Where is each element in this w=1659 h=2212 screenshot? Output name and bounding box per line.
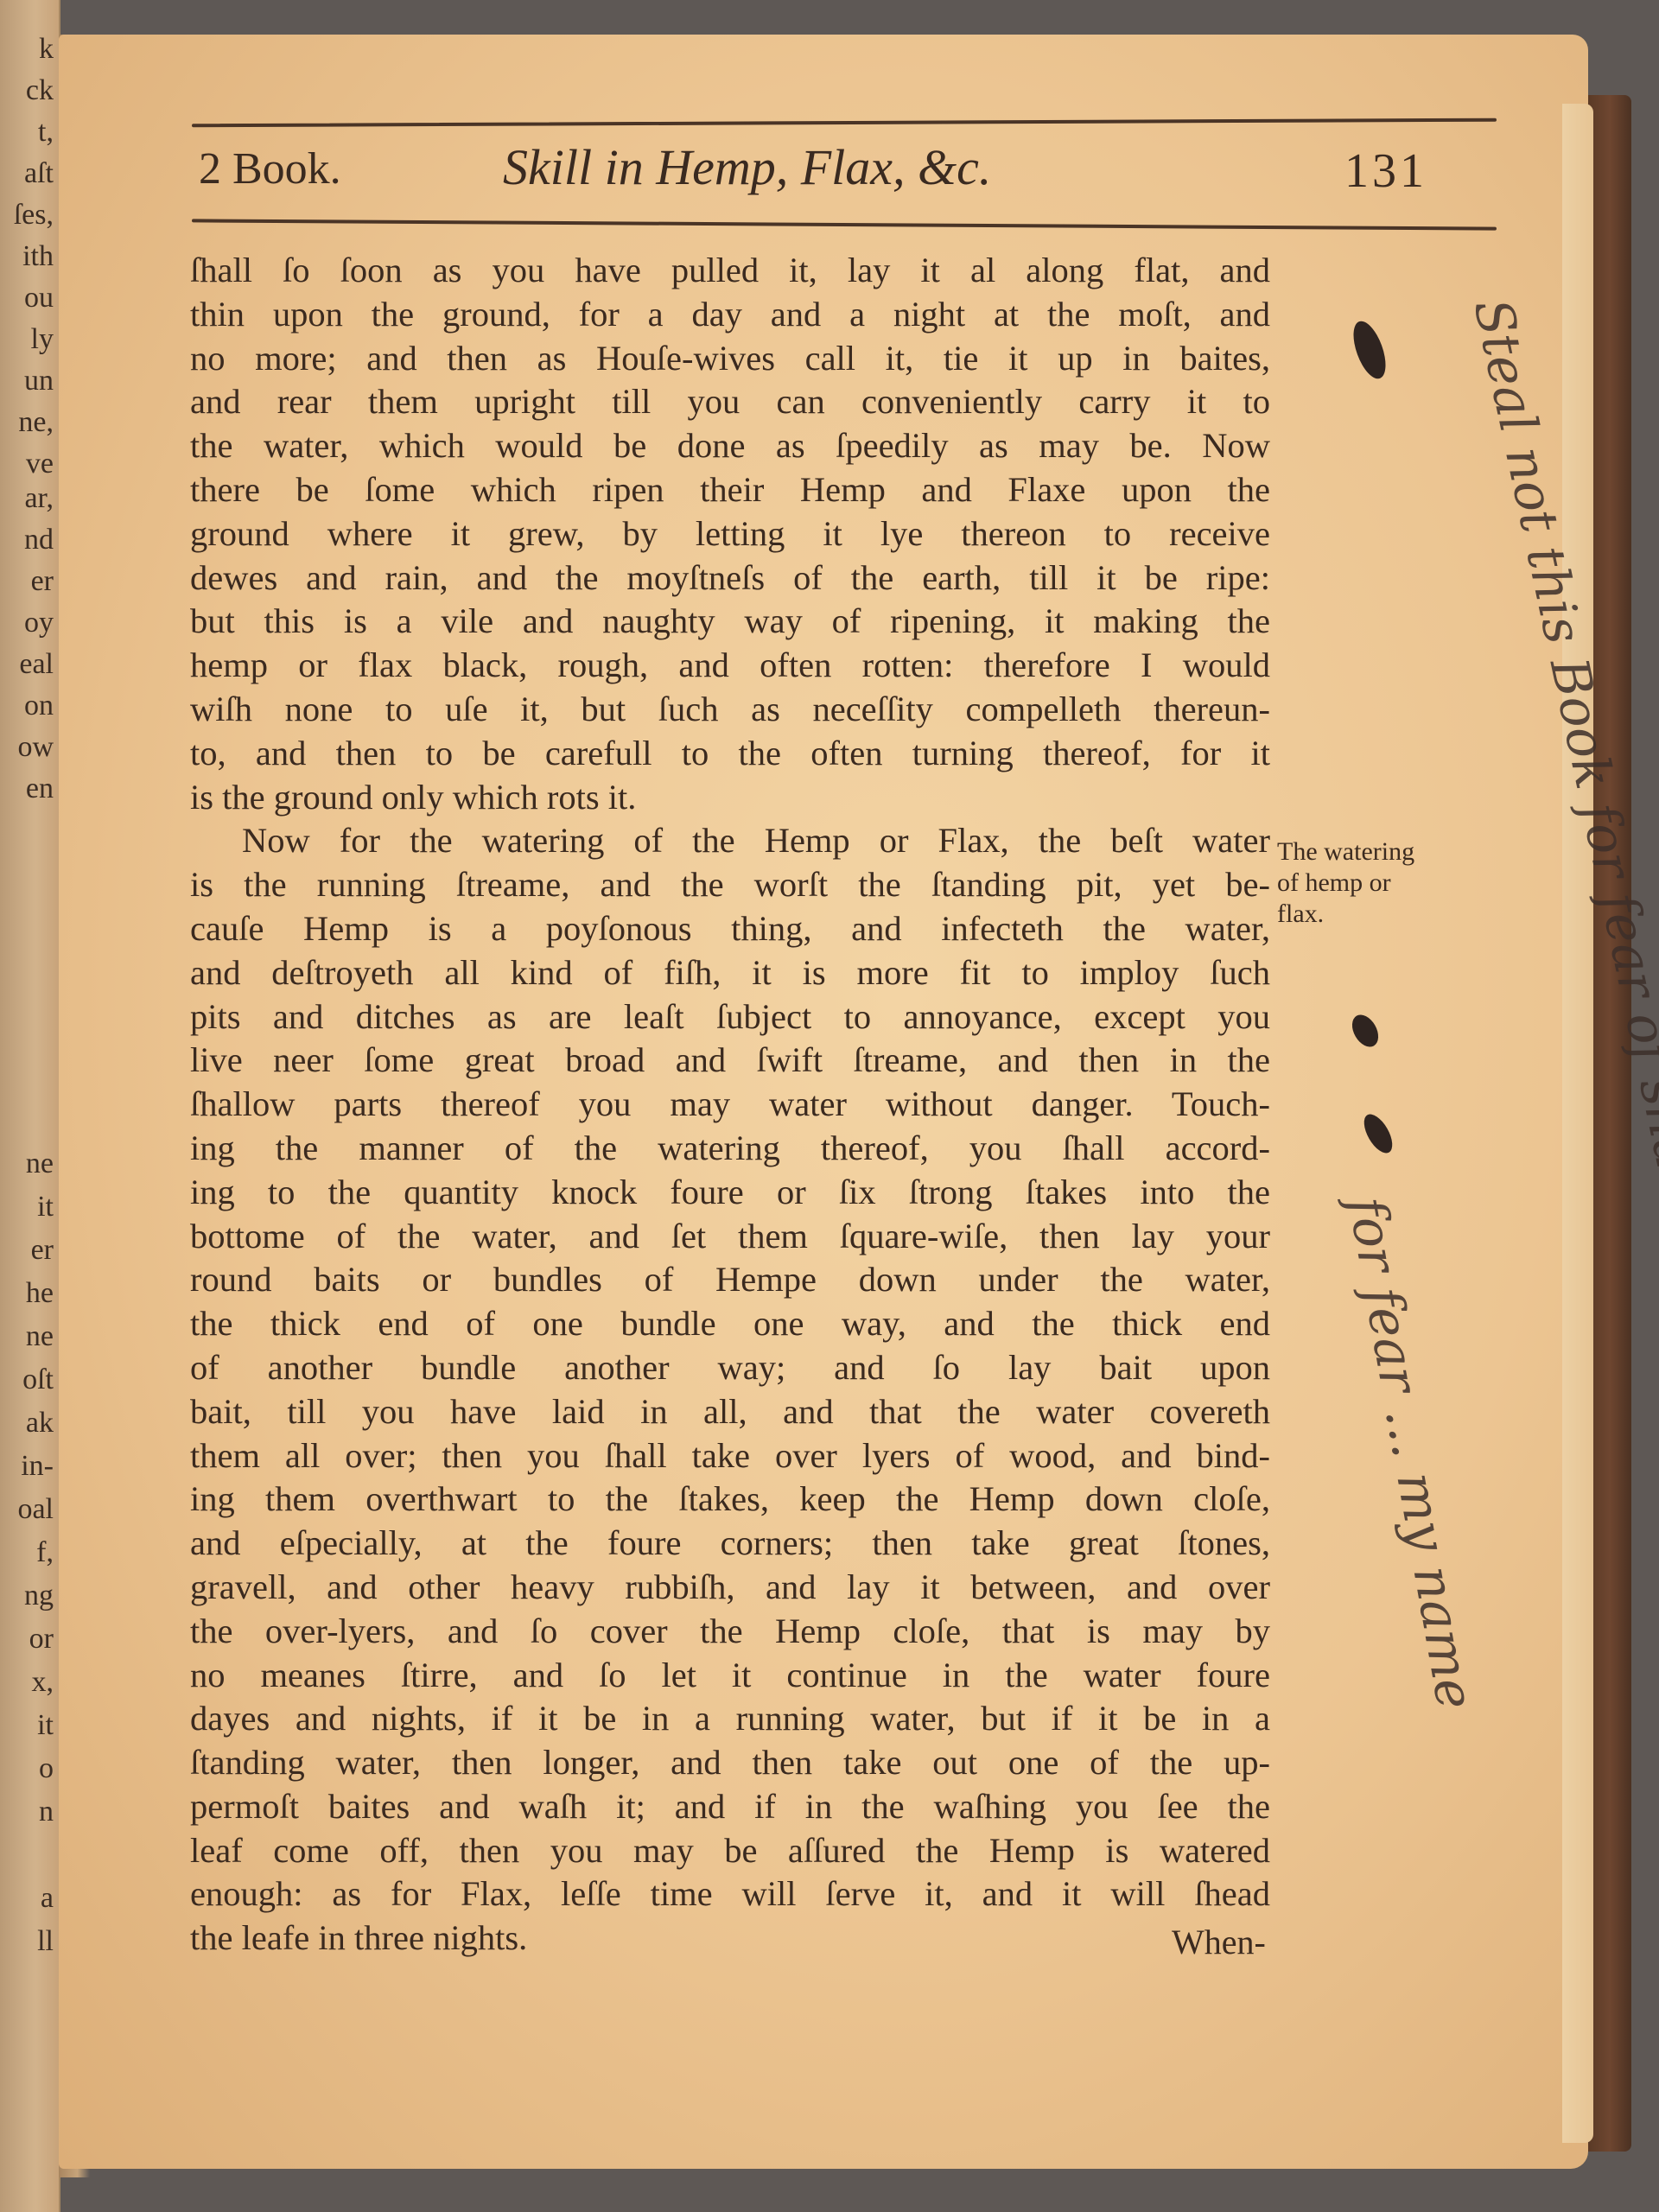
text-line: cauſe Hemp is a poyſonous thing, and inf…: [190, 907, 1270, 951]
text-line: thin upon the ground, for a day and a ni…: [190, 293, 1270, 337]
marginal-note-line: The watering: [1277, 836, 1476, 868]
text-line: ing to the quantity knock foure or ſix ſ…: [190, 1171, 1270, 1215]
left-page-text-fragment: ar,: [24, 484, 54, 513]
page-number: 131: [1344, 143, 1427, 199]
left-page-text-fragment: er: [31, 567, 54, 596]
text-line: enough: as for Flax, leſſe time will ſer…: [190, 1872, 1270, 1916]
left-page-text-fragment: oy: [24, 608, 54, 638]
left-page-text-fragment: en: [26, 774, 54, 804]
text-line: live neer ſome great broad and ſwift ſtr…: [190, 1039, 1270, 1083]
text-line: but this is a vile and naughty way of ri…: [190, 600, 1270, 644]
left-page-text-fragment: ow: [17, 733, 54, 762]
left-page-text-fragment: f,: [36, 1538, 54, 1567]
text-line: the over-lyers, and ſo cover the Hemp cl…: [190, 1610, 1270, 1654]
left-page-text-fragment: aſt: [24, 159, 54, 188]
text-line: is the ground only which rots it.: [190, 776, 1270, 820]
text-line: ſhall ſo ſoon as you have pulled it, lay…: [190, 249, 1270, 293]
left-page-text-fragment: nd: [24, 525, 54, 555]
text-line: permoſt baites and waſh it; and if in th…: [190, 1785, 1270, 1829]
left-page-text-fragment: or: [29, 1624, 54, 1654]
text-line: to, and then to be carefull to the often…: [190, 732, 1270, 776]
text-line: bottome of the water, and ſet them ſquar…: [190, 1215, 1270, 1259]
left-page-text-fragment: ou: [24, 283, 54, 313]
left-page-text-fragment: it: [37, 1192, 54, 1222]
left-page-text-fragment: ak: [26, 1408, 54, 1438]
left-page-text-fragment: in-: [21, 1452, 54, 1481]
left-page-text-fragment: ll: [37, 1927, 54, 1956]
left-page-text-fragment: on: [24, 691, 54, 721]
text-line: wiſh none to uſe it, but ſuch as neceſſi…: [190, 688, 1270, 732]
text-line: them all over; then you ſhall take over …: [190, 1434, 1270, 1478]
text-line: ground where it grew, by letting it lye …: [190, 512, 1270, 556]
text-line: bait, till you have laid in all, and tha…: [190, 1390, 1270, 1434]
text-line: gravell, and other heavy rubbiſh, and la…: [190, 1566, 1270, 1610]
text-line: there be ſome which ripen their Hemp and…: [190, 468, 1270, 512]
body-text: ſhall ſo ſoon as you have pulled it, lay…: [190, 249, 1270, 1961]
text-line: no meanes ſtirre, and ſo let it continue…: [190, 1654, 1270, 1698]
left-page-text-fragment: ith: [22, 242, 54, 271]
text-line: and rear them upright till you can conve…: [190, 380, 1270, 424]
left-facing-page: kckt,aſtſes,ithoulyunne,vear,nderoyealon…: [0, 0, 60, 2212]
left-page-text-fragment: ck: [26, 76, 54, 105]
book-label: 2 Book.: [199, 143, 341, 194]
text-line: pits and ditches as are leaſt ſubject to…: [190, 995, 1270, 1039]
left-page-text-fragment: it: [37, 1711, 54, 1740]
text-line: is the running ſtreame, and the worſt th…: [190, 863, 1270, 907]
text-line: ſhallow parts thereof you may water with…: [190, 1083, 1270, 1127]
left-page-text-fragment: ve: [26, 449, 54, 479]
left-page-text-fragment: eal: [19, 650, 54, 679]
left-page-text-fragment: ne,: [18, 408, 54, 437]
text-line: hemp or flax black, rough, and often rot…: [190, 644, 1270, 688]
marginal-note: The watering of hemp or flax.: [1277, 836, 1476, 930]
left-page-text-fragment: n: [39, 1797, 54, 1827]
left-page-text-fragment: he: [26, 1279, 54, 1308]
left-page-text-fragment: oſt: [22, 1365, 54, 1395]
text-line: ing the manner of the watering thereof, …: [190, 1127, 1270, 1171]
text-line: ſtanding water, then longer, and then ta…: [190, 1741, 1270, 1785]
text-line: Now for the watering of the Hemp or Flax…: [190, 819, 1270, 863]
running-title: Skill in Hemp, Flax, &c.: [503, 138, 991, 196]
left-page-text-fragment: x,: [32, 1668, 54, 1697]
text-line: dewes and rain, and the moyſtneſs of the…: [190, 556, 1270, 601]
left-page-text-fragment: oal: [17, 1495, 54, 1524]
left-page-text-fragment: a: [41, 1884, 54, 1913]
left-page-text-fragment: t,: [38, 118, 54, 147]
left-page-text-fragment: ly: [31, 325, 54, 354]
text-line: the thick end of one bundle one way, and…: [190, 1302, 1270, 1346]
text-line: round baits or bundles of Hempe down und…: [190, 1258, 1270, 1302]
text-line: of another bundle another way; and ſo la…: [190, 1346, 1270, 1390]
text-line: the water, which would be done as ſpeedi…: [190, 424, 1270, 468]
catchword: When-: [1172, 1922, 1266, 1962]
running-header: 2 Book. Skill in Hemp, Flax, &c. 131: [192, 138, 1436, 207]
left-page-text-fragment: ng: [24, 1581, 54, 1611]
left-page-text-fragment: un: [24, 366, 54, 396]
text-line: the leafe in three nights.: [190, 1916, 1270, 1961]
left-page-text-fragment: ne: [26, 1149, 54, 1179]
left-page-text-fragment: k: [39, 35, 54, 64]
book-binding: [1588, 95, 1631, 2152]
left-page-text-fragment: ne: [26, 1322, 54, 1351]
text-line: leaf come off, then you may be aſſured t…: [190, 1829, 1270, 1873]
text-line: and deſtroyeth all kind of fiſh, it is m…: [190, 951, 1270, 995]
left-page-text-fragment: ſes,: [14, 200, 54, 230]
page-stack-edge: [1562, 104, 1593, 2143]
marginal-note-line: flax.: [1277, 899, 1476, 930]
text-line: dayes and nights, if it be in a running …: [190, 1697, 1270, 1741]
text-line: ing them overthwart to the ſtakes, keep …: [190, 1478, 1270, 1522]
text-line: and eſpecially, at the foure corners; th…: [190, 1522, 1270, 1566]
left-page-text-fragment: o: [39, 1754, 54, 1783]
marginal-note-line: of hemp or: [1277, 868, 1476, 899]
left-page-text-fragment: er: [31, 1236, 54, 1265]
text-line: no more; and then as Houſe-wives call it…: [190, 337, 1270, 381]
